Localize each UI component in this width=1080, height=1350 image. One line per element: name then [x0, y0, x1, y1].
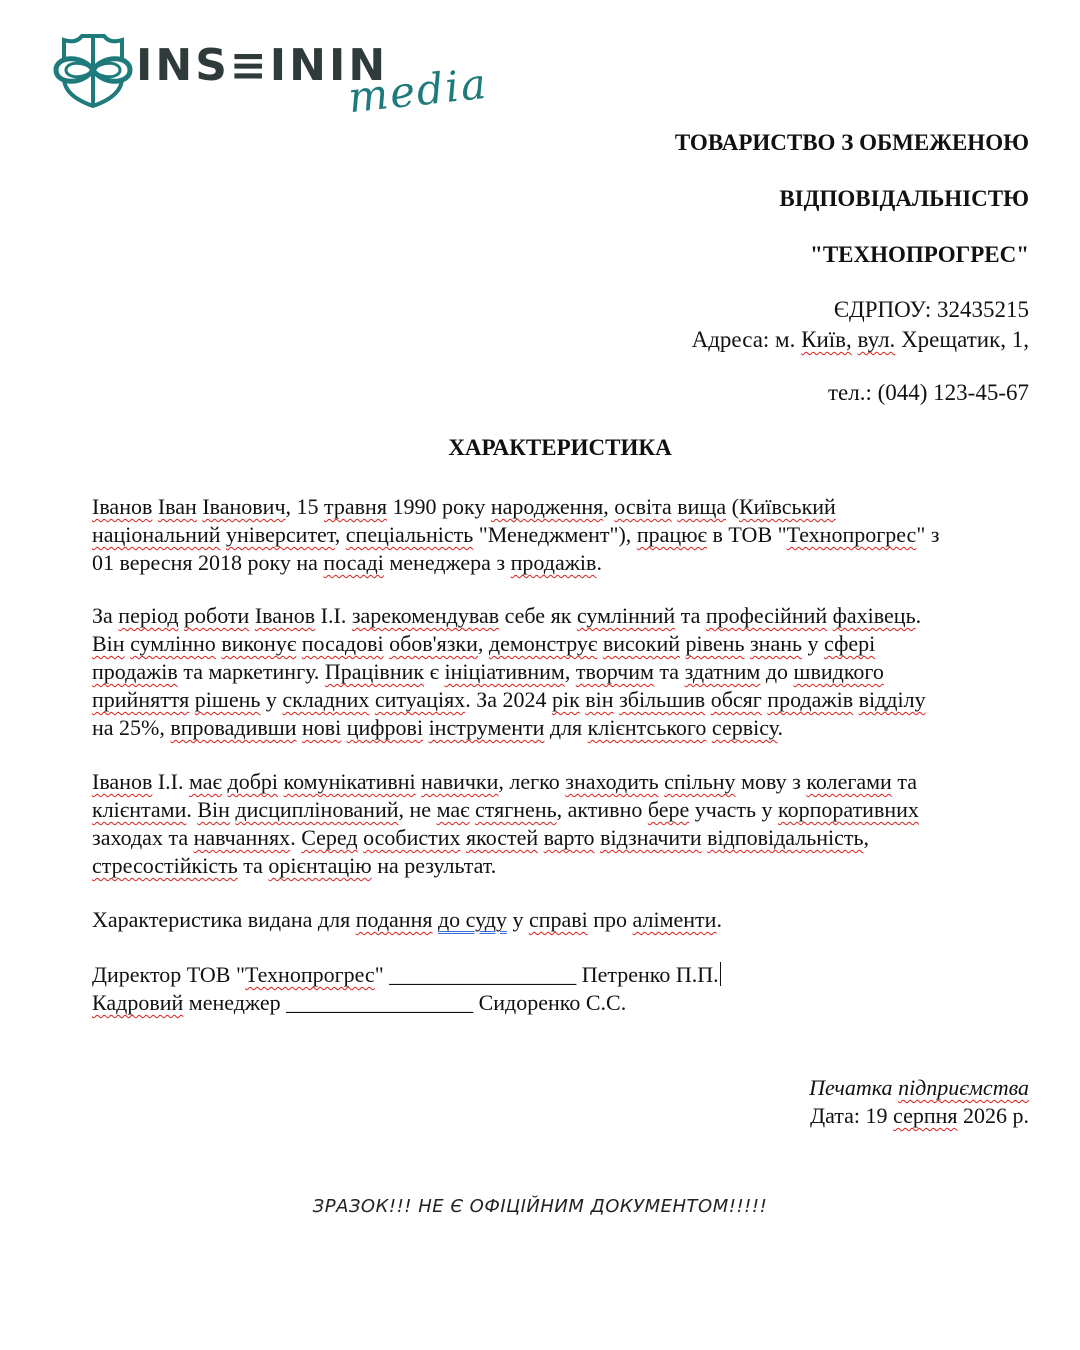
company-phone: тел.: (044) 123-45-67: [828, 381, 1029, 404]
signature-director[interactable]: Директор ТОВ "Технопрогрес" ____________…: [92, 961, 721, 989]
paragraph-2[interactable]: За період роботи Іванов І.І. зарекоменду…: [92, 602, 1042, 742]
company-name-line-1: ТОВАРИСТВО З ОБМЕЖЕНОЮ: [675, 131, 1029, 154]
company-logo: INS≡ININ media: [52, 30, 482, 130]
paragraph-4[interactable]: Характеристика видана для подання до суд…: [92, 906, 1042, 934]
company-name-line-2: ВІДПОВІДАЛЬНІСТЮ: [779, 187, 1029, 210]
sample-disclaimer: ЗРАЗОК!!! НЕ Є ОФІЦІЙНИМ ДОКУМЕНТОМ!!!!!: [0, 1196, 1080, 1217]
company-edrpou: ЄДРПОУ: 32435215: [834, 298, 1029, 321]
document-title: ХАРАКТЕРИСТИКА: [0, 436, 1080, 459]
paragraph-3[interactable]: Іванов І.І. має добрі комунікативні нави…: [92, 768, 1042, 880]
shield-infinity-icon: [52, 30, 134, 110]
company-address: Адреса: м. Київ, вул. Хрещатик, 1,: [692, 328, 1029, 351]
text-cursor: [720, 962, 722, 986]
company-name-line-3: "ТЕХНОПРОГРЕС": [810, 243, 1029, 266]
document-date: Дата: 19 серпня 2026 р.: [810, 1102, 1029, 1130]
logo-media-script: media: [346, 63, 490, 119]
stamp-label: Печатка підприємства: [809, 1074, 1029, 1102]
signature-hr-manager[interactable]: Кадровий менеджер _________________ Сидо…: [92, 989, 626, 1017]
paragraph-1[interactable]: Іванов Іван Іванович, 15 травня 1990 рок…: [92, 493, 1042, 577]
